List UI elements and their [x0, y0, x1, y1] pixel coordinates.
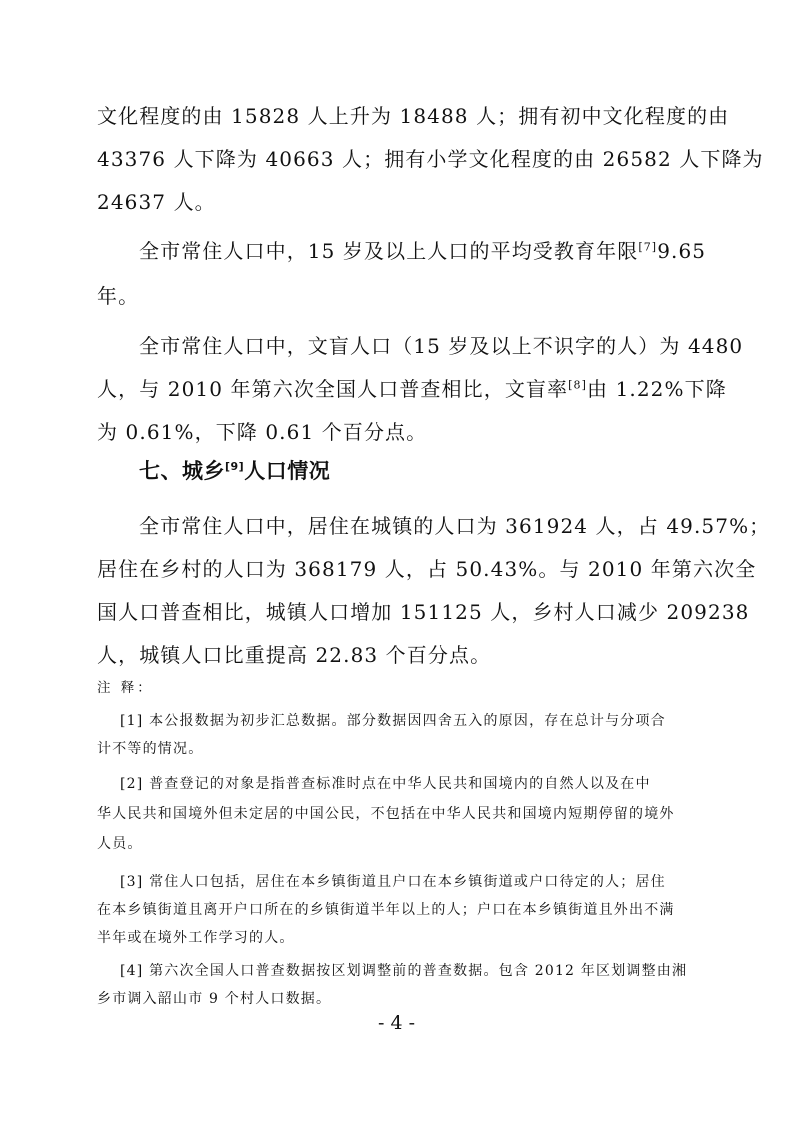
footnote-ref: [8] — [568, 378, 587, 391]
footnote-ref: [9] — [225, 460, 244, 473]
text: 人口情况 — [244, 459, 330, 483]
notes-title: 注 释： — [97, 676, 154, 696]
text: 人，与 2010 年第六次全国人口普查相比，文盲率 — [97, 377, 568, 401]
footnote-ref: [7] — [638, 240, 657, 253]
note-line: [2] 普查登记的对象是指普查标准时点在中华人民共和国境内的自然人以及在中 — [120, 773, 651, 793]
note-line: 乡市调入韶山市 9 个村人口数据。 — [97, 988, 331, 1008]
paragraph-line: 年。 — [97, 280, 139, 309]
paragraph-line: 人，城镇人口比重提高 22.83 个百分点。 — [97, 639, 491, 668]
note-line: 半年或在境外工作学习的人。 — [97, 927, 295, 947]
text: 全市常住人口中，15 岁及以上人口的平均受教育年限 — [139, 239, 638, 263]
note-line: 在本乡镇街道且离开户口所在的乡镇街道半年以上的人；户口在本乡镇街道且外出不满 — [97, 899, 675, 919]
note-line: 华人民共和国境外但未定居的中国公民，不包括在中华人民共和国境内短期停留的境外 — [97, 803, 675, 823]
text: 9.65 — [657, 239, 706, 263]
document-page: 文化程度的由 15828 人上升为 18488 人；拥有初中文化程度的由 433… — [0, 0, 793, 1122]
note-line: [3] 常住人口包括，居住在本乡镇街道且户口在本乡镇街道或户口待定的人；居住 — [120, 871, 666, 891]
note-line: 计不等的情况。 — [97, 738, 203, 758]
paragraph-line: 为 0.61%，下降 0.61 个百分点。 — [97, 416, 427, 445]
note-line: 人员。 — [97, 833, 143, 853]
text: 七、城乡 — [139, 459, 225, 483]
paragraph-line: 43376 人下降为 40663 人；拥有小学文化程度的由 26582 人下降为 — [97, 143, 764, 172]
paragraph-line: 全市常住人口中，15 岁及以上人口的平均受教育年限[7]9.65 — [139, 235, 706, 264]
section-heading: 七、城乡[9]人口情况 — [139, 455, 330, 485]
paragraph-line: 人，与 2010 年第六次全国人口普查相比，文盲率[8]由 1.22%下降 — [97, 373, 727, 402]
paragraph-line: 全市常住人口中，居住在城镇的人口为 361924 人，占 49.57%； — [139, 510, 770, 539]
page-number: - 4 - — [0, 1012, 793, 1034]
note-line: [4] 第六次全国人口普查数据按区划调整前的普查数据。包含 2012 年区划调整… — [120, 960, 687, 980]
paragraph-line: 居住在乡村的人口为 368179 人，占 50.43%。与 2010 年第六次全 — [97, 553, 756, 582]
paragraph-line: 24637 人。 — [97, 186, 216, 215]
note-line: [1] 本公报数据为初步汇总数据。部分数据因四舍五入的原因，存在总计与分项合 — [120, 710, 666, 730]
paragraph-line: 国人口普查相比，城镇人口增加 151125 人，乡村人口减少 209238 — [97, 596, 749, 625]
paragraph-line: 文化程度的由 15828 人上升为 18488 人；拥有初中文化程度的由 — [97, 100, 729, 129]
paragraph-line: 全市常住人口中，文盲人口（15 岁及以上不识字的人）为 4480 — [139, 330, 743, 359]
text: 由 1.22%下降 — [587, 377, 727, 401]
